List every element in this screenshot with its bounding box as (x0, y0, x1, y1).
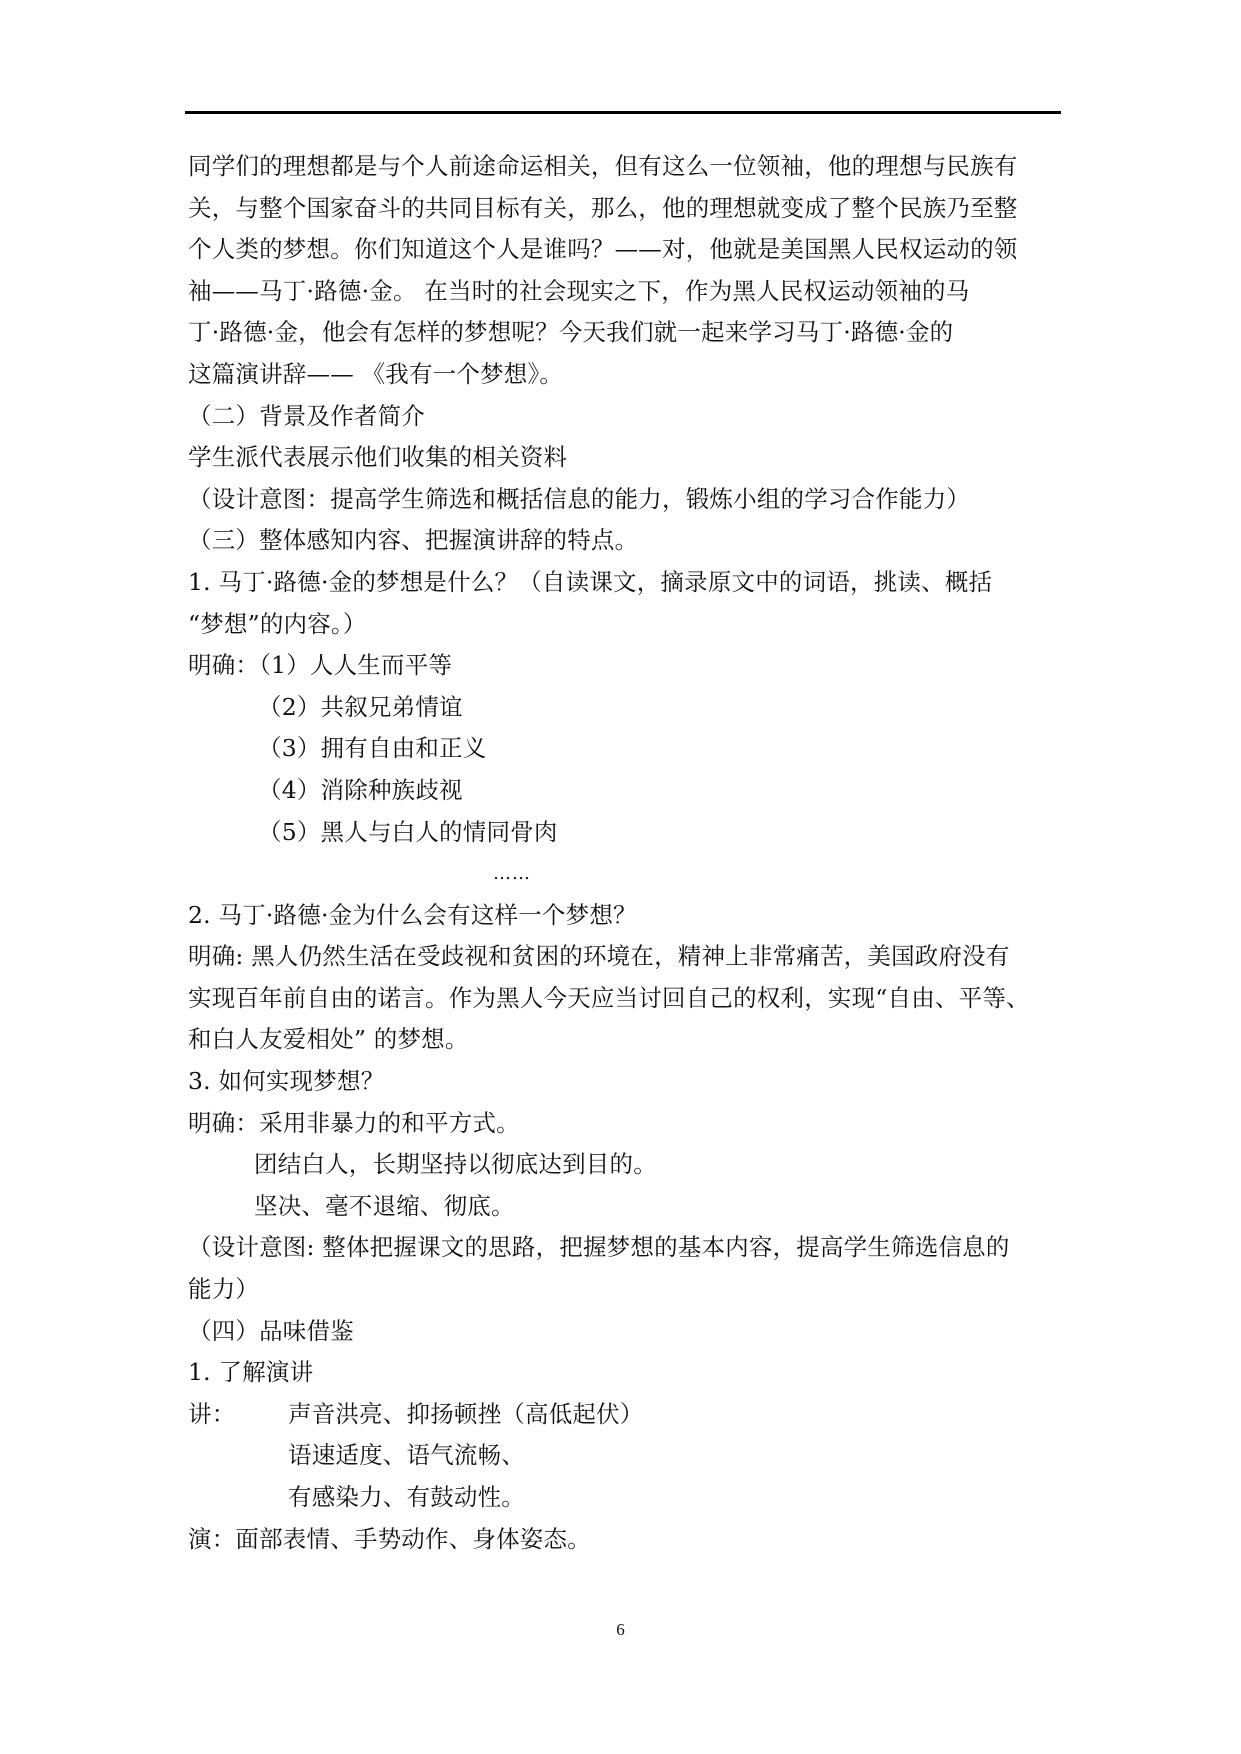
answer-3-line-3: 坚决、毫不退缩、彻底。 (188, 1186, 1058, 1228)
label-jiang: 讲： (188, 1394, 288, 1436)
intro-line-3: 个人类的梦想。你们知道这个人是谁吗？——对，他就是美国黑人民权运动的领 (188, 229, 1058, 271)
performance-item: 演：面部表情、手势动作、身体姿态。 (188, 1519, 1058, 1561)
answer-1-item-1: 明确：（1）人人生而平等 (188, 645, 1058, 687)
question-3: 3. 如何实现梦想？ (188, 1061, 1058, 1103)
ellipsis: …… (188, 853, 1058, 895)
speech-item-1-text: 声音洪亮、抑扬顿挫（高低起伏） (288, 1400, 644, 1428)
speech-item-3: 有感染力、有鼓动性。 (188, 1477, 1058, 1519)
design-intent-2: （设计意图: 整体把握课文的思路，把握梦想的基本内容，提高学生筛选信息的 (188, 1227, 1058, 1269)
answer-3-line-2: 团结白人，长期坚持以彻底达到目的。 (188, 1144, 1058, 1186)
speech-item-2: 语速适度、语气流畅、 (188, 1435, 1058, 1477)
paragraph: 学生派代表展示他们收集的相关资料 (188, 437, 1058, 479)
speech-item-1: 讲：声音洪亮、抑扬顿挫（高低起伏） (188, 1394, 1058, 1436)
intro-line-1: 同学们的理想都是与个人前途命运相关，但有这么一位领袖，他的理想与民族有 (188, 146, 1058, 188)
answer-3-line-1: 明确：采用非暴力的和平方式。 (188, 1103, 1058, 1145)
page-number: 6 (0, 1620, 1241, 1640)
answer-2-line-1: 明确: 黑人仍然生活在受歧视和贫困的环境在，精神上非常痛苦，美国政府没有 (188, 936, 1058, 978)
design-intent: （设计意图：提高学生筛选和概括信息的能力，锻炼小组的学习合作能力） (188, 479, 1058, 521)
section-heading-2: （二）背景及作者简介 (188, 396, 1058, 438)
sub-heading-1: 1. 了解演讲 (188, 1352, 1058, 1394)
header-rule (185, 111, 1061, 114)
document-body: 同学们的理想都是与个人前途命运相关，但有这么一位领袖，他的理想与民族有 关，与整… (188, 146, 1058, 1560)
intro-line-2: 关，与整个国家奋斗的共同目标有关，那么，他的理想就变成了整个民族乃至整 (188, 188, 1058, 230)
answer-2-line-2: 实现百年前自由的诺言。作为黑人今天应当讨回自己的权利，实现“自由、平等、 (188, 978, 1058, 1020)
intro-line-4: 袖——马丁·路德·金。 在当时的社会现实之下，作为黑人民权运动领袖的马 (188, 271, 1058, 313)
intro-line-6: 这篇演讲辞—— 《我有一个梦想》。 (188, 354, 1058, 396)
design-intent-2-cont: 能力） (188, 1269, 1058, 1311)
intro-line-5: 丁·路德·金，他会有怎样的梦想呢？今天我们就一起来学习马丁·路德·金的 (188, 312, 1058, 354)
question-1: 1. 马丁·路德·金的梦想是什么？（自读课文，摘录原文中的词语，挑读、概括 (188, 562, 1058, 604)
answer-1-item-4: （4）消除种族歧视 (188, 770, 1058, 812)
answer-2-line-3: 和白人友爱相处” 的梦想。 (188, 1019, 1058, 1061)
question-1-cont: “梦想”的内容。） (188, 604, 1058, 646)
answer-1-item-2: （2）共叙兄弟情谊 (188, 687, 1058, 729)
section-heading-4: （四）品味借鉴 (188, 1311, 1058, 1353)
section-heading-3: （三）整体感知内容、把握演讲辞的特点。 (188, 520, 1058, 562)
answer-1-item-3: （3）拥有自由和正义 (188, 728, 1058, 770)
question-2: 2. 马丁·路德·金为什么会有这样一个梦想？ (188, 895, 1058, 937)
answer-1-item-5: （5）黑人与白人的情同骨肉 (188, 812, 1058, 854)
